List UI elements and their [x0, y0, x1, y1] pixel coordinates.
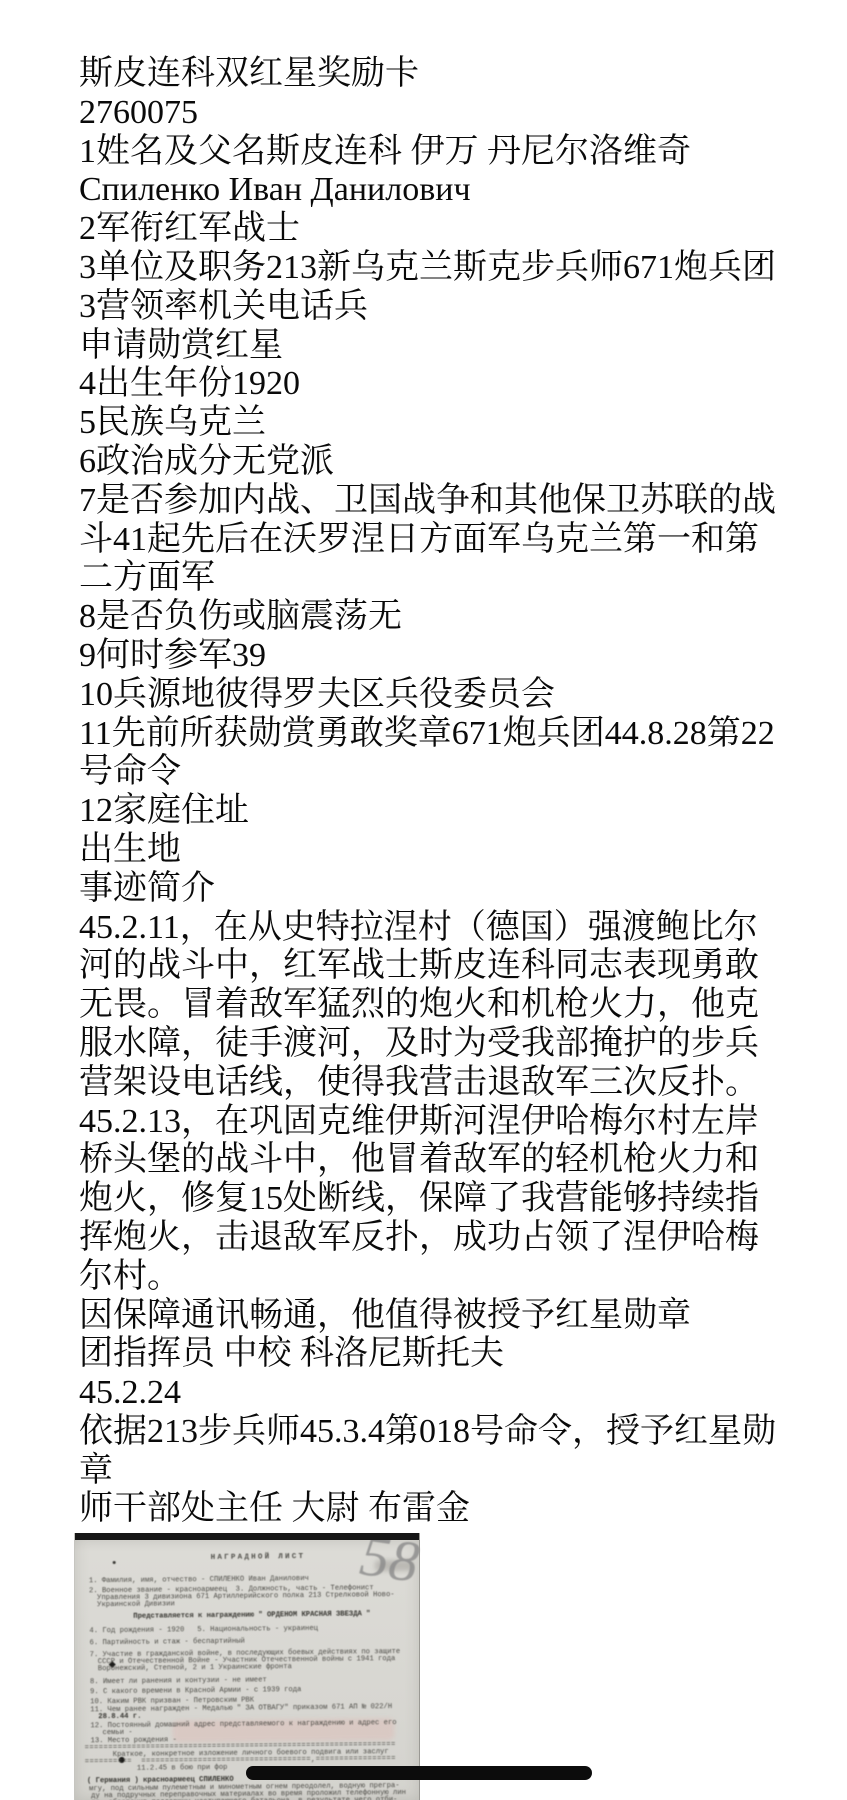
document-text-line: 因保障通讯畅通，他值得被授予红星勋章	[79, 1297, 819, 1336]
scan-text-row: 1. Фамилия, имя, отчество - СПИЛЕНКО Ива…	[89, 1575, 309, 1585]
document-text-line: 11先前所获勋赏勇敢奖章671炮兵团44.8.28第22	[79, 715, 819, 754]
document-text-line: 45.2.11，在从史特拉涅村（德国）强渡鲍比尔	[79, 909, 819, 948]
document-text-line: 2军衔红军战士	[79, 210, 819, 249]
document-text-line: 申请勋赏红星	[79, 327, 819, 366]
document-text-line: 事迹简介	[79, 870, 819, 909]
document-text-line: 桥头堡的战斗中，他冒着敌军的轻机枪火力和	[79, 1141, 819, 1180]
scan-title: НАГРАДНОЙ ЛИСТ	[211, 1553, 306, 1562]
document-text-line: 炮火，修复15处断线，保障了我营能够持续指	[79, 1180, 819, 1219]
document-text-line: 8是否负伤或脑震荡无	[79, 598, 819, 637]
scan-text-row: Представляется к награждению " ОРДЕНОМ К…	[133, 1610, 370, 1620]
scan-text-row: 4. Год рождения - 1920 5. Национальность…	[89, 1625, 318, 1635]
document-text-line: 1姓名及父名斯皮连科 伊万 丹尼尔洛维奇	[79, 133, 819, 172]
document-text-line: 6政治成分无党派	[79, 443, 819, 482]
document-text-line: 河的战斗中，红军战士斯皮连科同志表现勇敢	[79, 947, 819, 986]
scan-text-row: Воронежский, Степной, 2 и 1 Украинские ф…	[98, 1663, 292, 1673]
scan-text-row: 9. С какого времени в Красной Армии - с …	[90, 1686, 301, 1696]
scan-text-row: 8. Имеет ли ранения и контузии - не имее…	[90, 1676, 267, 1686]
award-card-text: 斯皮连科双红星奖励卡27600751姓名及父名斯皮连科 伊万 丹尼尔洛维奇Спи…	[79, 55, 819, 1529]
document-text-line: 依据213步兵师45.3.4第018号命令，授予红星勋	[79, 1413, 819, 1452]
document-text-line: 挥炮火，击退敌军反扑，成功占领了涅伊哈梅	[79, 1219, 819, 1258]
document-text-line: 7是否参加内战、卫国战争和其他保卫苏联的战	[79, 482, 819, 521]
document-text-line: 3营领率机关电话兵	[79, 288, 819, 327]
scan-text-row: 6. Партийность и стаж - беспартийный	[89, 1638, 244, 1648]
screenshot-root: 斯皮连科双红星奖励卡27600751姓名及父名斯皮连科 伊万 丹尼尔洛维奇Спи…	[0, 0, 847, 1800]
document-text-line: 出生地	[79, 831, 819, 870]
scan-top-edge	[75, 1533, 419, 1540]
document-text-line: 3单位及职务213新乌克兰斯克步兵师671炮兵团	[79, 249, 819, 288]
document-text-line: 10兵源地彼得罗夫区兵役委员会	[79, 676, 819, 715]
redaction-bar	[246, 1766, 592, 1780]
document-text-line: 9何时参军39	[79, 637, 819, 676]
document-text-line: 45.2.24	[79, 1374, 819, 1413]
document-text-line: 号命令	[79, 753, 819, 792]
award-sheet-scan: НАГРАДНОЙ ЛИСТ 1. Фамилия, имя, отчество…	[74, 1533, 420, 1800]
document-text-line: 斯皮连科双红星奖励卡	[79, 55, 819, 94]
scan-text-row: 11.2.45 в бою при фор	[137, 1764, 228, 1773]
document-text-line: 45.2.13，在巩固克维伊斯河涅伊哈梅尔村左岸	[79, 1103, 819, 1142]
document-text-line: 师干部处主任 大尉 布雷金	[79, 1490, 819, 1529]
document-text-line: 4出生年份1920	[79, 365, 819, 404]
document-text-line: 斗41起先后在沃罗涅日方面军乌克兰第一和第	[79, 521, 819, 560]
document-text-line: 营架设电话线，使得我营击退敌军三次反扑。	[79, 1064, 819, 1103]
scan-text-row: Украинской Дивизии	[97, 1600, 175, 1609]
document-text-line: 服水障，徒手渡河，及时为受我部掩护的步兵	[79, 1025, 819, 1064]
document-text-line: 章	[79, 1452, 819, 1491]
document-text-line: 二方面军	[79, 559, 819, 598]
award-sheet-scan-content: НАГРАДНОЙ ЛИСТ 1. Фамилия, имя, отчество…	[74, 1530, 421, 1800]
document-text-line: 12家庭住址	[79, 792, 819, 831]
document-text-line: 无畏。冒着敌军猛烈的炮火和机枪火力，他克	[79, 986, 819, 1025]
document-text-line: Спиленко Иван Данилович	[79, 171, 819, 210]
scan-text-row: 28.8.44 г.	[98, 1713, 141, 1721]
document-text-line: 团指挥员 中校 科洛尼斯托夫	[79, 1335, 819, 1374]
document-text-line: 尔村。	[79, 1258, 819, 1297]
document-text-line: 5民族乌克兰	[79, 404, 819, 443]
scan-speck	[113, 1561, 116, 1564]
document-text-line: 2760075	[79, 94, 819, 133]
